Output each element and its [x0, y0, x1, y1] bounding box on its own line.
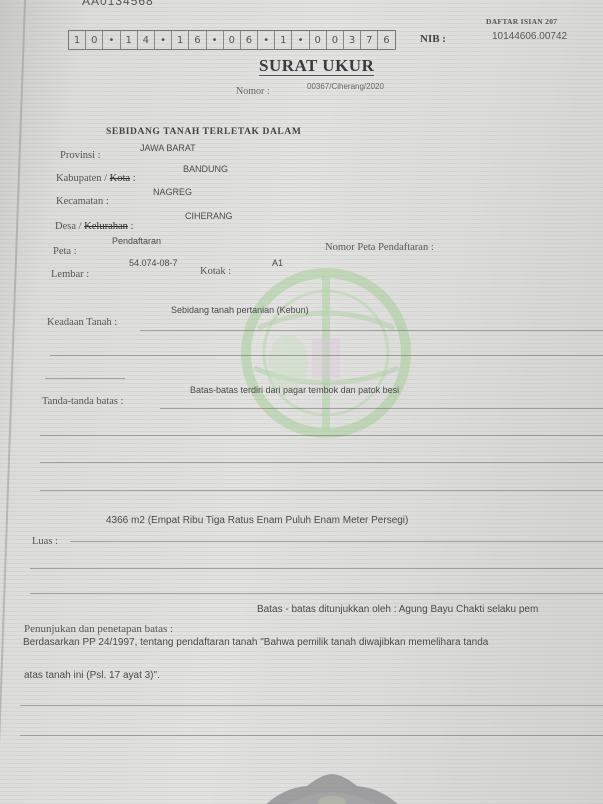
kecamatan-label: Kecamatan : — [56, 196, 109, 207]
number-box: 6 — [189, 31, 206, 49]
number-box: 1 — [121, 31, 138, 49]
number-box: • — [258, 31, 275, 49]
number-box: 1 — [69, 31, 86, 49]
kecamatan-value: NAGREG — [153, 187, 192, 197]
divider — [30, 568, 603, 569]
penunjukan-line-1: Berdasarkan PP 24/1997, tentang pendafta… — [23, 637, 488, 648]
kabupaten-label: Kabupaten / Kota : — [56, 173, 136, 184]
location-heading: SEBIDANG TANAH TERLETAK DALAM — [106, 127, 301, 137]
nib-label: NIB : — [420, 33, 446, 45]
kelurahan-struck: Kelurahan — [84, 221, 128, 232]
number-box: • — [292, 31, 309, 49]
bpn-emblem-watermark-icon — [228, 268, 424, 438]
keadaan-tanah-value: Sebidang tanah pertanian (Kebun) — [171, 305, 309, 315]
kotak-value: A1 — [272, 258, 283, 268]
penunjukan-label: Penunjukan dan penetapan batas : — [24, 623, 173, 635]
nib-value: 10144606.00742 — [492, 31, 567, 42]
kabupaten-label-prefix: Kabupaten / — [56, 173, 110, 184]
divider — [40, 490, 603, 491]
keadaan-tanah-label: Keadaan Tanah : — [47, 317, 117, 328]
shown-by-text: Batas - batas ditunjukkan oleh : Agung B… — [257, 604, 538, 615]
number-box: 6 — [378, 31, 394, 49]
number-box: 0 — [310, 31, 327, 49]
desa-value: CIHERANG — [185, 211, 233, 221]
desa-label-prefix: Desa / — [55, 221, 84, 232]
kotak-label: Kotak : — [200, 266, 231, 277]
number-box: • — [207, 31, 224, 49]
kabupaten-label-suffix: : — [130, 173, 136, 184]
desa-label-suffix: : — [128, 221, 134, 232]
number-box: 6 — [241, 31, 258, 49]
provinsi-value: JAWA BARAT — [140, 143, 196, 153]
number-box: 4 — [138, 31, 155, 49]
divider — [20, 705, 603, 706]
number-box: 0 — [327, 31, 344, 49]
divider — [30, 593, 603, 594]
divider — [50, 355, 603, 356]
penunjukan-line-2: atas tanah ini (Psl. 17 ayat 3)". — [24, 670, 160, 681]
guilloche-rosette-icon — [262, 768, 402, 804]
divider — [140, 330, 603, 331]
page-title: SURAT UKUR — [259, 57, 374, 76]
number-box: 1 — [172, 31, 189, 49]
divider — [70, 541, 603, 542]
kabupaten-value: BANDUNG — [183, 164, 228, 174]
desa-label: Desa / Kelurahan : — [55, 221, 133, 232]
number-box: 1 — [275, 31, 292, 49]
handwritten-number-boxes: 10•14•16•06•1•00376 — [68, 30, 396, 50]
tanda-batas-label: Tanda-tanda batas : — [42, 396, 123, 407]
luas-label: Luas : — [32, 536, 58, 547]
divider — [40, 435, 603, 436]
number-box: • — [155, 31, 172, 49]
lembar-value: 54.074-08-7 — [129, 258, 178, 268]
nomor-peta-label: Nomor Peta Pendaftaran : — [325, 242, 434, 253]
divider — [40, 462, 603, 463]
provinsi-label: Provinsi : — [60, 150, 101, 161]
number-box: 7 — [361, 31, 378, 49]
kota-struck: Kota — [110, 173, 130, 184]
luas-value: 4366 m2 (Empat Ribu Tiga Ratus Enam Pulu… — [106, 515, 408, 526]
nomor-value: 00367/Ciherang/2020 — [307, 82, 384, 91]
peta-value: Pendaftaran — [112, 236, 161, 246]
number-box: 3 — [344, 31, 361, 49]
number-box: 0 — [86, 31, 103, 49]
divider — [160, 408, 603, 409]
nomor-label: Nomor : — [236, 86, 270, 97]
serial-number: AA0134568 — [82, 0, 154, 8]
lembar-label: Lembar : — [51, 269, 89, 280]
form-code: DAFTAR ISIAN 207 — [486, 17, 557, 26]
peta-label: Peta : — [53, 246, 77, 257]
number-box: • — [103, 31, 120, 49]
number-box: 0 — [224, 31, 241, 49]
divider — [20, 735, 603, 736]
divider — [45, 378, 125, 379]
tanda-batas-value: Batas-batas terdiri dari pagar tembok da… — [190, 385, 399, 395]
